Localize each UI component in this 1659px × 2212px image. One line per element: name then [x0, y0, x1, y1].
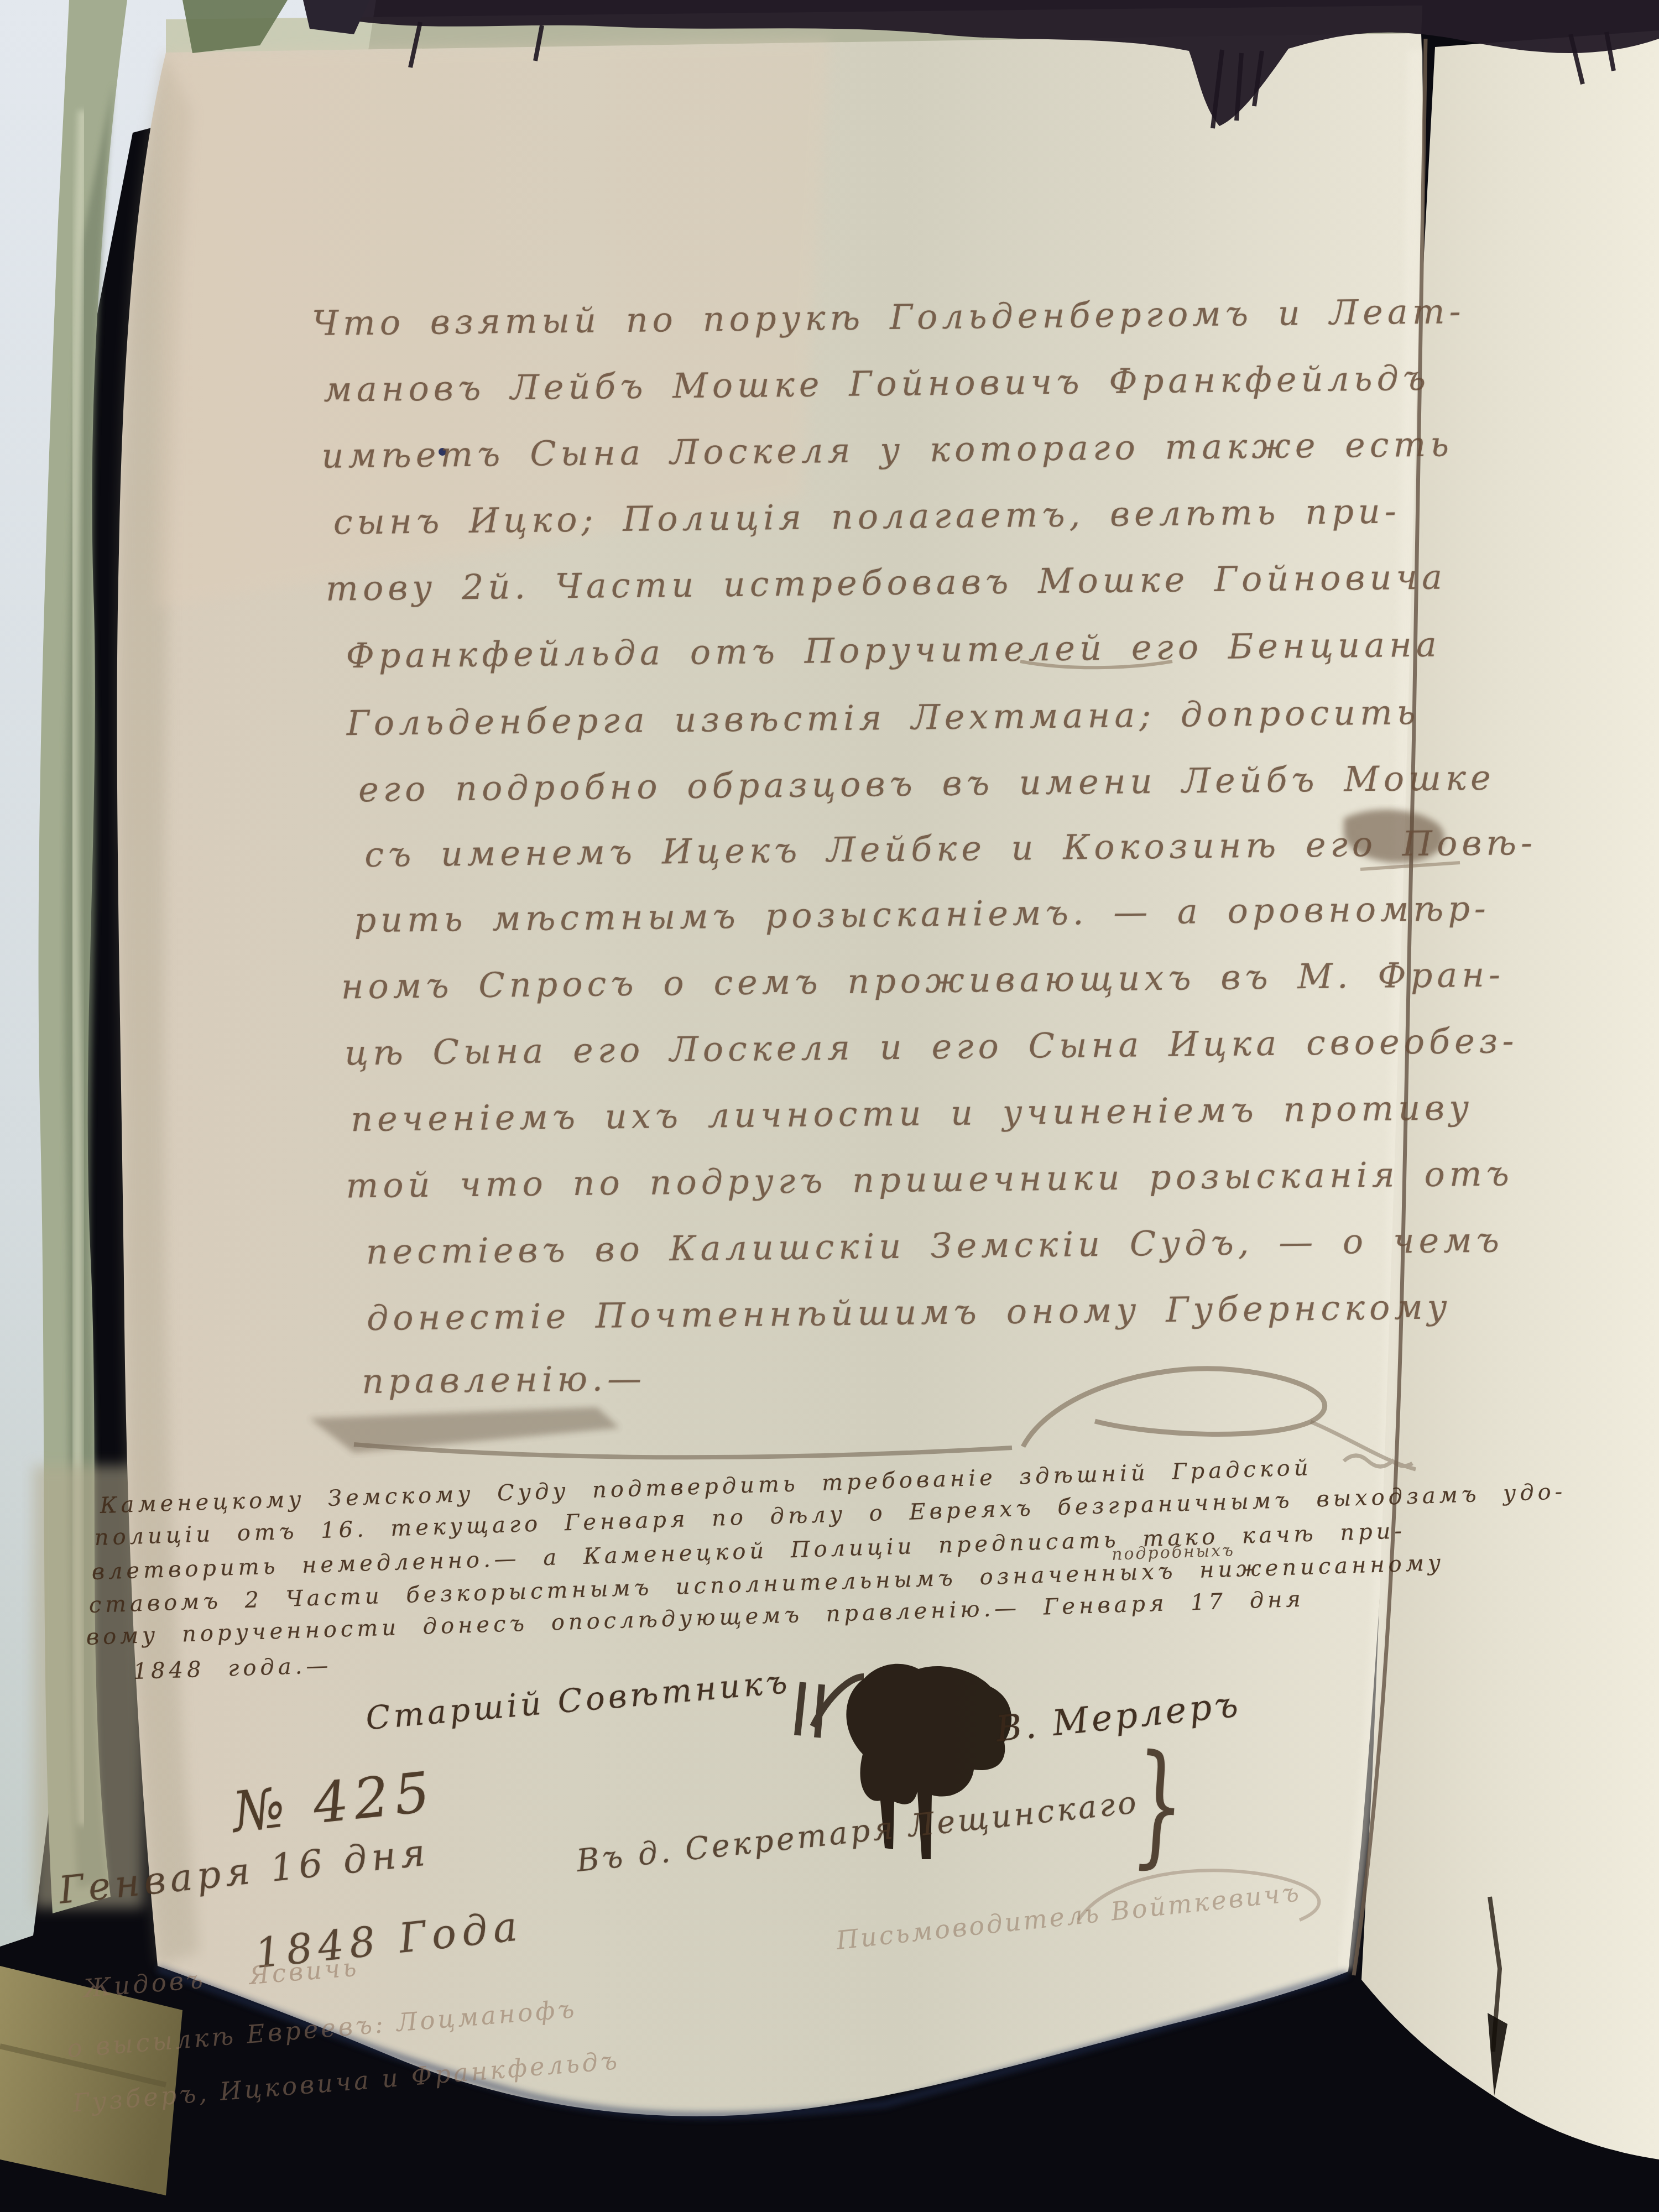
- manuscript-line: его подробно образцовъ въ имени Лейбъ Мо…: [358, 758, 1495, 810]
- archival-manuscript-photo: Что взятый по порукѣ Гольденбергомъ и Ле…: [0, 0, 1659, 2212]
- manuscript-line: имѣетъ Сына Лоскеля у котораго также ест…: [321, 424, 1453, 476]
- councillor-signature: В. Мерлеръ: [994, 1684, 1243, 1750]
- manuscript-line: Франкфейльда отъ Поручителей его Бенциан…: [346, 624, 1441, 676]
- manuscript-line: печеніемъ ихъ личности и учиненіемъ прот…: [351, 1087, 1474, 1139]
- manuscript-line: цѣ Сына его Лоскеля и его Сына Ицка свое…: [345, 1020, 1519, 1073]
- manuscript-line: мановъ Лейбъ Мошке Гойновичъ Франкфейльд…: [324, 358, 1431, 410]
- faint-note-left: Жидовъ Ясвичь: [82, 1952, 360, 2003]
- councillor-title: Старшій Совѣтникъ: [364, 1663, 792, 1738]
- registry-number: № 425: [229, 1759, 439, 1845]
- faint-clerk-signature: Письмоводитель Войткевичъ: [834, 1877, 1302, 1955]
- manuscript-line: номъ Спросъ о семъ проживающихъ въ М. Фр…: [341, 954, 1505, 1006]
- manuscript-line: сынъ Ицко; Полиція полагаетъ, велѣть при…: [333, 491, 1401, 542]
- manuscript-line: той что по подругъ пришечники розысканія…: [346, 1153, 1514, 1206]
- clerk-note: Въ д. Секретаря Лещинскаго: [575, 1785, 1140, 1879]
- manuscript-line: съ именемъ Ицекъ Лейбке и Кокозинѣ его П…: [364, 822, 1537, 875]
- manuscript-line: рить мѣстнымъ розысканіемъ. — а оровномѣ…: [354, 888, 1490, 941]
- handwriting-layer: Что взятый по порукѣ Гольденбергомъ и Ле…: [0, 0, 1659, 2212]
- clerk-brace: }: [1128, 1725, 1190, 1884]
- manuscript-line: Что взятый по порукѣ Гольденбергомъ и Ле…: [312, 291, 1465, 343]
- manuscript-line: правленію.—: [362, 1358, 646, 1401]
- manuscript-line: донестіе Почтеннѣйшимъ оному Губернскому: [367, 1286, 1452, 1338]
- manuscript-line: тову 2й. Части истребовавъ Мошке Гойнови…: [326, 557, 1447, 609]
- manuscript-line: Гольденберга извѣстія Лехтмана; допросит…: [346, 692, 1420, 743]
- manuscript-line: пестіевъ во Калишскіи Земскіи Судъ, — о …: [366, 1219, 1504, 1272]
- faint-note-left: о высылкѣ Евреевъ: Лоцманофъ: [66, 1994, 578, 2063]
- resolution-line: 1848 года.—: [133, 1653, 332, 1684]
